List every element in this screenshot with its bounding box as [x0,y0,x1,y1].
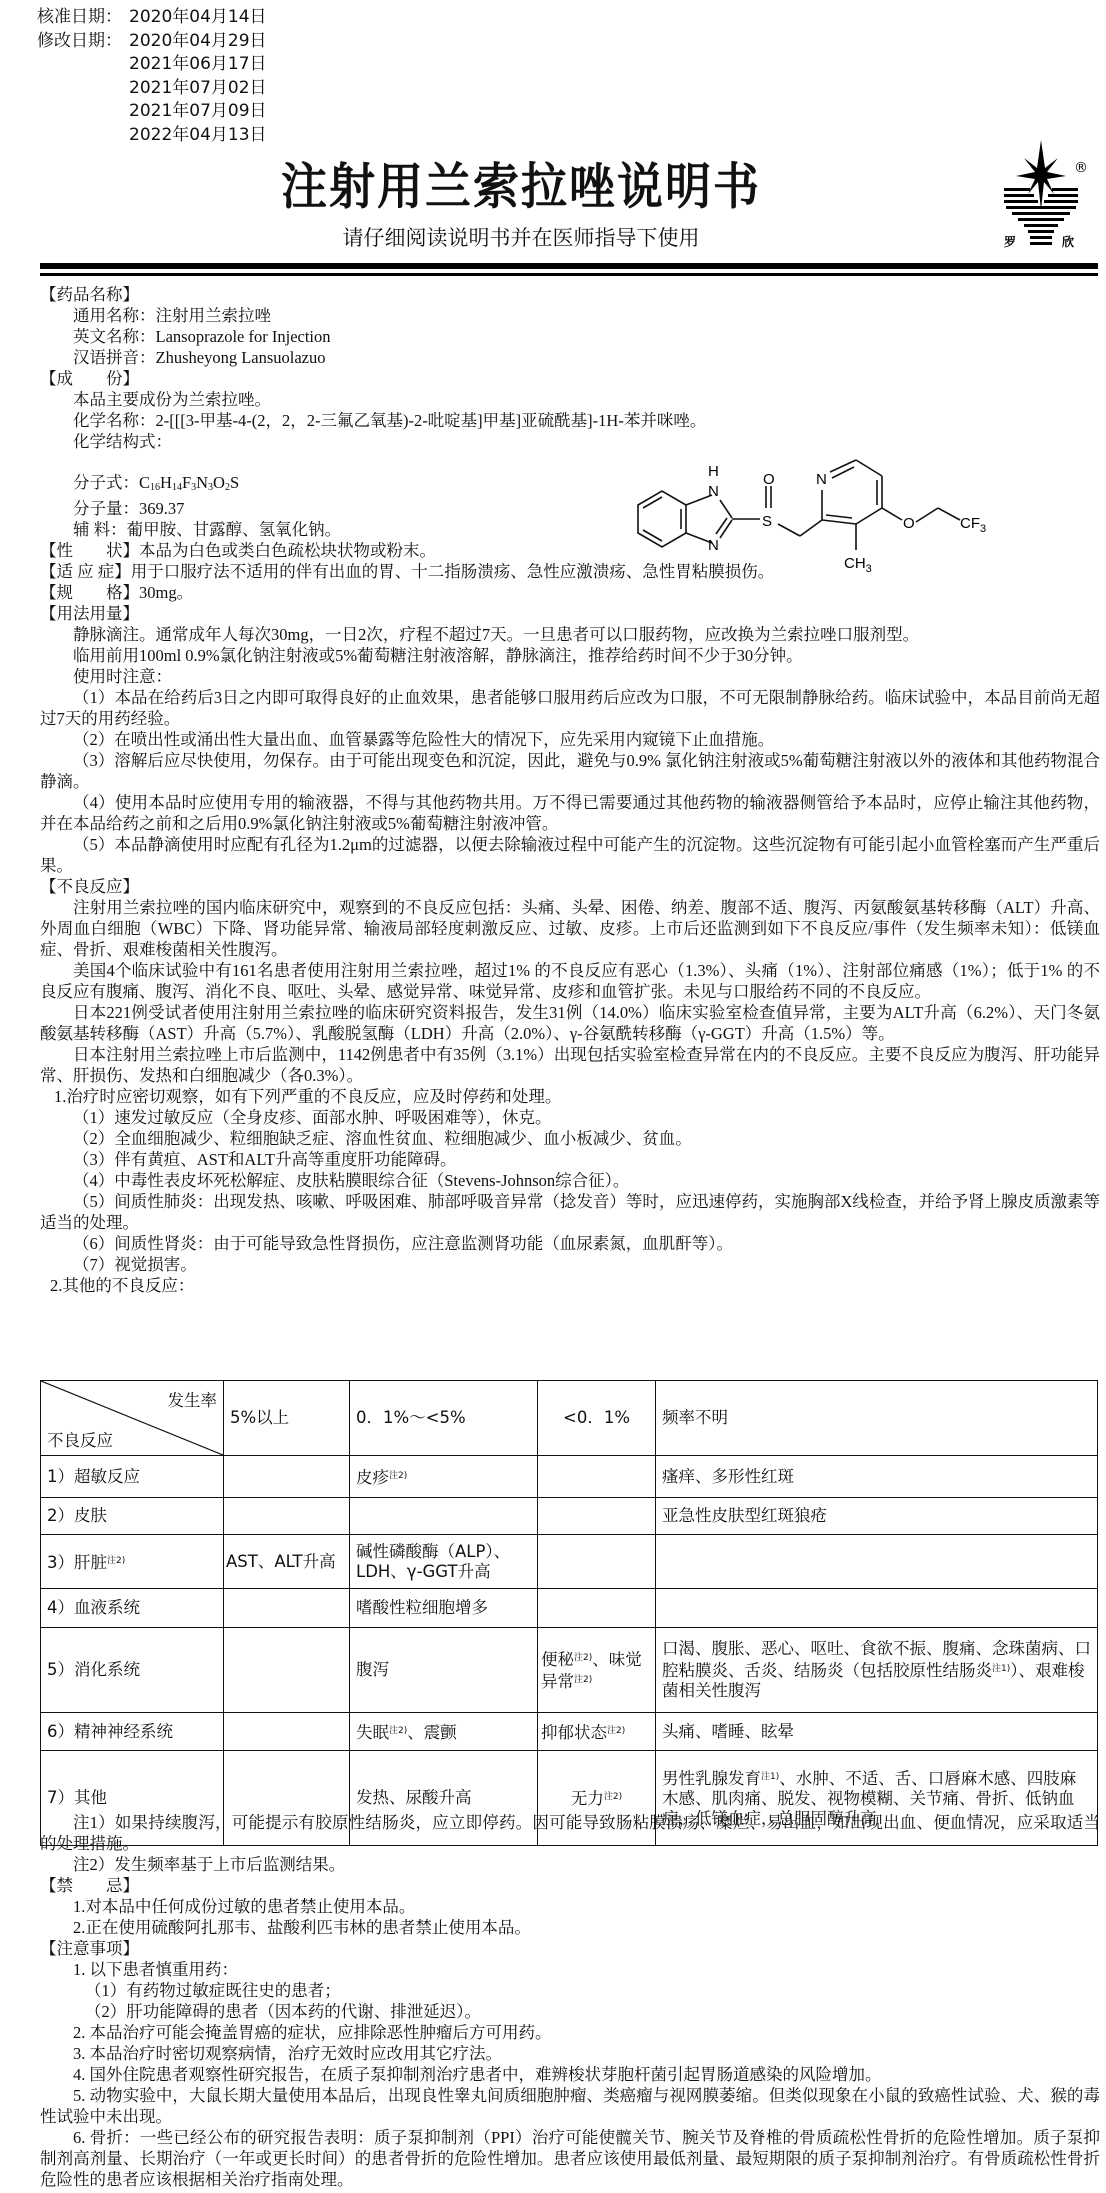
adverse-paragraph: 注射用兰索拉唑的国内临床研究中，观察到的不良反应包括：头痛、头晕、困倦、纳差、腹… [40,897,1100,960]
precaution-item: 3. 本品治疗时密切观察病情，治疗无效时应改用其它疗法。 [40,2043,1100,2064]
table-row: 2）皮肤 亚急性皮肤型红斑狼疮 [41,1498,1098,1535]
revision-date: 2021年07月02日 [129,77,267,101]
section-description: 【性 状】本品为白色或类白色疏松块状物或粉末。 [40,540,1100,561]
pinyin-name: 汉语拼音：Zhusheyong Lansuolazuo [40,347,1100,368]
structure-label: 化学结构式： [40,431,1100,452]
table-row: 5）消化系统 腹泻 便秘注2)、味觉异常注2) 口渴、腹胀、恶心、呕吐、食欲不振… [41,1628,1098,1713]
star-logo-icon: ® 罗 欣 [996,138,1096,253]
generic-name: 通用名称：注射用兰索拉唑 [40,305,1100,326]
usage-notes-label: 使用时注意： [40,666,1100,687]
document-subtitle: 请仔细阅读说明书并在医师指导下使用 [0,222,1106,252]
column-header: <0．1% [538,1381,656,1456]
usage-note: （1）本品在给药后3日之内即可取得良好的止血效果，患者能够口服用药后应改为口服，… [40,687,1100,729]
serious-adverse-item: （2）全血细胞减少、粒细胞缺乏症、溶血性贫血、粒细胞减少、血小板减少、贫血。 [40,1128,1100,1149]
table-row: 4）血液系统 嗜酸性粒细胞增多 [41,1589,1098,1628]
serious-adverse-item: （1）速发过敏反应（全身皮疹、面部水肿、呼吸困难等），休克。 [40,1107,1100,1128]
column-header: 频率不明 [656,1381,1098,1456]
dosage-paragraph: 临用前用100ml 0.9%氯化钠注射液或5%葡萄糖注射液溶解，静脉滴注，推荐给… [40,645,1100,666]
table-corner-cell: 发生率 不良反应 [41,1381,224,1456]
approval-date: 2020年04月14日 [129,6,267,30]
revision-date: 2022年04月13日 [129,124,267,148]
table-header-row: 发生率 不良反应 5%以上 0．1%～<5% <0．1% 频率不明 [41,1381,1098,1456]
section-heading-adverse: 【不良反应】 [40,876,1100,897]
precaution-item: 1. 以下患者慎重用药： [40,1959,1100,1980]
molecular-formula: 分子式：C16H14F3N3O2S [40,472,1100,498]
precaution-item: 4. 国外住院患者观察性研究报告，在质子泵抑制剂治疗患者中，难辨梭状芽胞杆菌引起… [40,2064,1100,2085]
table-footnote: 注2）发生频率基于上市后监测结果。 [40,1854,1100,1875]
contraindication-item: 2.正在使用硫酸阿扎那韦、盐酸利匹韦林的患者禁止使用本品。 [40,1917,1100,1938]
revision-date-label: 修改日期： [37,30,129,54]
precaution-item: 6. 骨折：一些已经公布的研究报告表明：质子泵抑制剂（PPI）治疗可能使髋关节、… [40,2127,1100,2190]
serious-adverse-item: （4）中毒性表皮坏死松解症、皮肤粘膜眼综合征（Stevens-Johnson综合… [40,1170,1100,1191]
serious-adverse-item: （5）间质性肺炎：出现发热、咳嗽、呼吸困难、肺部呼吸音异常（捻发音）等时，应迅速… [40,1191,1100,1233]
adverse-paragraph: 日本221例受试者使用注射用兰索拉唑的临床研究资料报告，发生31例（14.0%）… [40,1002,1100,1044]
revision-date: 2021年06月17日 [129,53,267,77]
precaution-item: 2. 本品治疗可能会掩盖胃癌的症状，应排除恶性肿瘤后方可用药。 [40,2022,1100,2043]
serious-adverse-item: （6）间质性肾炎：由于可能导致急性肾损伤，应注意监测肾功能（血尿素氮，血肌酐等）… [40,1233,1100,1254]
precaution-subitem: （1）有药物过敏症既往史的患者； [40,1980,1100,2001]
serious-adverse-item: （3）伴有黄疸、AST和ALT升高等重度肝功能障碍。 [40,1149,1100,1170]
section-heading-contraindications: 【禁 忌】 [40,1875,1100,1896]
column-header: 5%以上 [224,1381,350,1456]
corner-reaction-label: 不良反应 [47,1431,113,1451]
revision-date: 2020年04月29日 [129,30,267,54]
precaution-item: 5. 动物实验中，大鼠长期大量使用本品后，出现良性睾丸间质细胞肿瘤、类癌瘤与视网… [40,2085,1100,2127]
table-footnote: 注1）如果持续腹泻，可能提示有胶原性结肠炎，应立即停药。因可能导致肠粘膜溃疡、糜… [40,1812,1100,1854]
usage-note: （3）溶解后应尽快使用，勿保存。由于可能出现变色和沉淀，因此，避免与0.9% 氯… [40,750,1100,792]
contraindication-item: 1.对本品中任何成份过敏的患者禁止使用本品。 [40,1896,1100,1917]
approval-date-label: 核准日期： [37,6,129,30]
revision-dates-block: 核准日期：2020年04月14日 修改日期：2020年04月29日 2021年0… [37,6,267,147]
table-row: 1）超敏反应 皮疹注2) 瘙痒、多形性红斑 [41,1456,1098,1498]
serious-adverse-label: 1.治疗时应密切观察，如有下列严重的不良反应，应及时停药和处理。 [40,1086,1100,1107]
chemical-name: 化学名称：2-[[[3-甲基-4-(2，2，2-三氟乙氧基)-2-吡啶基]甲基]… [40,410,1100,431]
table-row: 3）肝脏注2) AST、ALT升高 碱性磷酸酶（ALP）、LDH、γ-GGT升高 [41,1535,1098,1589]
section-indications: 【适 应 症】用于口服疗法不适用的伴有出血的胃、十二指肠溃疡、急性应激溃疡、急性… [40,561,1100,582]
dosage-paragraph: 静脉滴注。通常成年人每次30mg，一日2次，疗程不超过7天。一旦患者可以口服药物… [40,624,1100,645]
precaution-subitem: （2）肝功能障碍的患者（因本药的代谢、排泄延迟）。 [40,2001,1100,2022]
svg-text:罗: 罗 [1004,234,1016,249]
main-ingredient: 本品主要成份为兰索拉唑。 [40,389,1100,410]
section-specification: 【规 格】30mg。 [40,582,1100,603]
adverse-paragraph: 美国4个临床试验中有161名患者使用注射用兰索拉唑，超过1% 的不良反应有恶心（… [40,960,1100,1002]
brand-logo: ® 罗 欣 [996,138,1096,253]
section-heading-drug-name: 【药品名称】 [40,284,1100,305]
english-name: 英文名称：Lansoprazole for Injection [40,326,1100,347]
section-heading-dosage: 【用法用量】 [40,603,1100,624]
revision-date: 2021年07月09日 [129,100,267,124]
molecular-weight: 分子量：369.37 [40,498,1100,519]
adverse-paragraph: 日本注射用兰索拉唑上市后监测中，1142例患者中有35例（3.1%）出现包括实验… [40,1044,1100,1086]
usage-note: （4）使用本品时应使用专用的输液器，不得与其他药物共用。万不得已需要通过其他药物… [40,792,1100,834]
adverse-reactions-table: 发生率 不良反应 5%以上 0．1%～<5% <0．1% 频率不明 1）超敏反应… [40,1380,1098,1846]
section-heading-composition: 【成 份】 [40,368,1100,389]
usage-note: （2）在喷出性或涌出性大量出血、血管暴露等危险性大的情况下，应先采用内窥镜下止血… [40,729,1100,750]
table-row: 6）精神神经系统 失眠注2)、震颤 抑郁状态注2) 头痛、嗜睡、眩晕 [41,1713,1098,1751]
corner-frequency-label: 发生率 [168,1391,218,1411]
usage-note: （5）本品静滴使用时应配有孔径为1.2μm的过滤器，以便去除输液过程中可能产生的… [40,834,1100,876]
other-adverse-label: 2.其他的不良反应： [40,1275,1100,1296]
serious-adverse-item: （7）视觉损害。 [40,1254,1100,1275]
header-rule-thick [40,263,1098,269]
svg-text:®: ® [1074,160,1088,176]
document-title: 注射用兰索拉唑说明书 [0,150,1106,216]
leaflet-body: 【药品名称】 通用名称：注射用兰索拉唑 英文名称：Lansoprazole fo… [40,284,1100,1296]
leaflet-body-lower: 注1）如果持续腹泻，可能提示有胶原性结肠炎，应立即停药。因可能导致肠粘膜溃疡、糜… [40,1812,1100,2190]
svg-text:欣: 欣 [1061,234,1074,249]
header-rule-thin [40,273,1098,276]
section-heading-precautions: 【注意事项】 [40,1938,1100,1959]
column-header: 0．1%～<5% [350,1381,538,1456]
excipients: 辅 料：葡甲胺、甘露醇、氢氧化钠。 [40,519,1100,540]
